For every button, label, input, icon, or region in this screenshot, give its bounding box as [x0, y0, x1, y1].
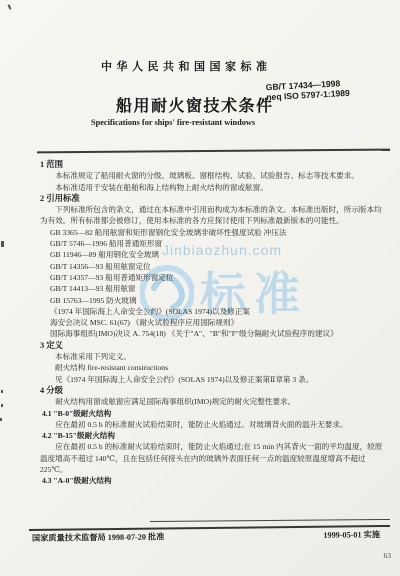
definition-term: 耐火结构 fire-resistant constructions [40, 362, 386, 373]
reference-item: GB/T 14357—93 船用普通矩形窗定位 [40, 272, 386, 283]
standard-number-block: GB/T 17434—1998 neq ISO 5797-1:1989 [266, 79, 350, 103]
reference-item: GB 15763—1995 防火玻璃 [40, 295, 386, 306]
reference-item: 海安会决议 MSC. 61(67) 《耐火试验程序应用国际规则》 [40, 317, 386, 328]
page-number: 63 [384, 551, 392, 560]
scan-artifact [8, 4, 12, 9]
classification-item-body: 应在最初 0.5 h 的标准耐火试验结束时，能防止火焰通过。对玻璃背火面的温升无… [40, 419, 386, 430]
classification-item-title: 4.3 "A-0"级耐火结构 [40, 475, 386, 486]
footer: 国家质量技术监督局 1998-07-20 批准 1999-05-01 实施 [32, 529, 380, 544]
section-heading-references: 2 引用标准 [40, 193, 386, 204]
scanned-standard-page: Jinbiaozhun.com 标准 中华人民共和国国家标准 GB/T 1743… [0, 0, 400, 576]
reference-item: GB 11946—89 船用钢化安全玻璃 [40, 249, 386, 260]
section-heading-scope: 1 范围 [40, 159, 386, 170]
national-standard-label: 中华人民共和国国家标准 [101, 58, 272, 74]
approval-authority: 国家质量技术监督局 1998-07-20 批准 [32, 531, 164, 543]
definition-body: 见《1974 年国际海上人命安全公约》(SOLAS 1974)以及修正案第Ⅱ章第… [40, 374, 386, 385]
document-title-cn: 船用耐火窗技术条件 [116, 93, 274, 116]
definitions-lead: 本标准采用下列定义。 [40, 351, 386, 362]
reference-item: GB/T 14356—93 船用舷窗定位 [40, 261, 386, 272]
classification-item-body: 应在最初 0.5 h 的标准耐火试验结束时，能防止火焰通过;在 15 min 内… [40, 441, 386, 475]
reference-item: 《1974 年国际海上人命安全公约》(SOLAS 1974)以及修正案 [40, 306, 386, 317]
document-body: 1 范围 本标准规定了船用耐火窗的分级、玻璃板、窗框结构、试验、试验报告、标志等… [0, 157, 400, 523]
scope-paragraph: 本标准适用于安装在船舶和海上结构物上耐火结构的窗或舷窗。 [40, 182, 386, 193]
header-divider [37, 149, 390, 154]
references-intro: 下列标准所包含的条文，通过在本标准中引用而构成为本标准的条文。本标准出版时，所示… [40, 204, 386, 227]
classification-lead: 耐火结构用窗或舷窗应满足国际海事组织(IMO)规定的耐火完整性要求。 [40, 396, 386, 407]
section-heading-definitions: 3 定义 [40, 340, 386, 351]
iso-equivalence: neq ISO 5797-1:1989 [266, 88, 350, 102]
scope-paragraph: 本标准规定了船用耐火窗的分级、玻璃板、窗框结构、试验、试验报告、标志等技术要求。 [40, 170, 386, 181]
reference-item: GB/T 5746—1996 船用普通矩形窗 [40, 238, 386, 249]
implementation-date: 1999-05-01 实施 [323, 529, 380, 541]
classification-item-title: 4.1 "B-0"级耐火结构 [40, 408, 386, 419]
reference-item: GB/T 14413—93 船用舷窗 [40, 283, 386, 294]
section-heading-classification: 4 分级 [40, 385, 386, 396]
document-title-en: Specifications for ships' fire-resistant… [91, 118, 255, 127]
reference-item: 国际海事组织(IMO)决议 A. 754(18) 《关于"A"、"B"和"F"级… [40, 328, 386, 339]
classification-item-title: 4.2 "B-15"级耐火结构 [40, 430, 386, 441]
reference-item: GB 3365—82 船用舷窗和矩形窗钢化安全玻璃非破坏性强度试验 冲压法 [40, 227, 386, 238]
